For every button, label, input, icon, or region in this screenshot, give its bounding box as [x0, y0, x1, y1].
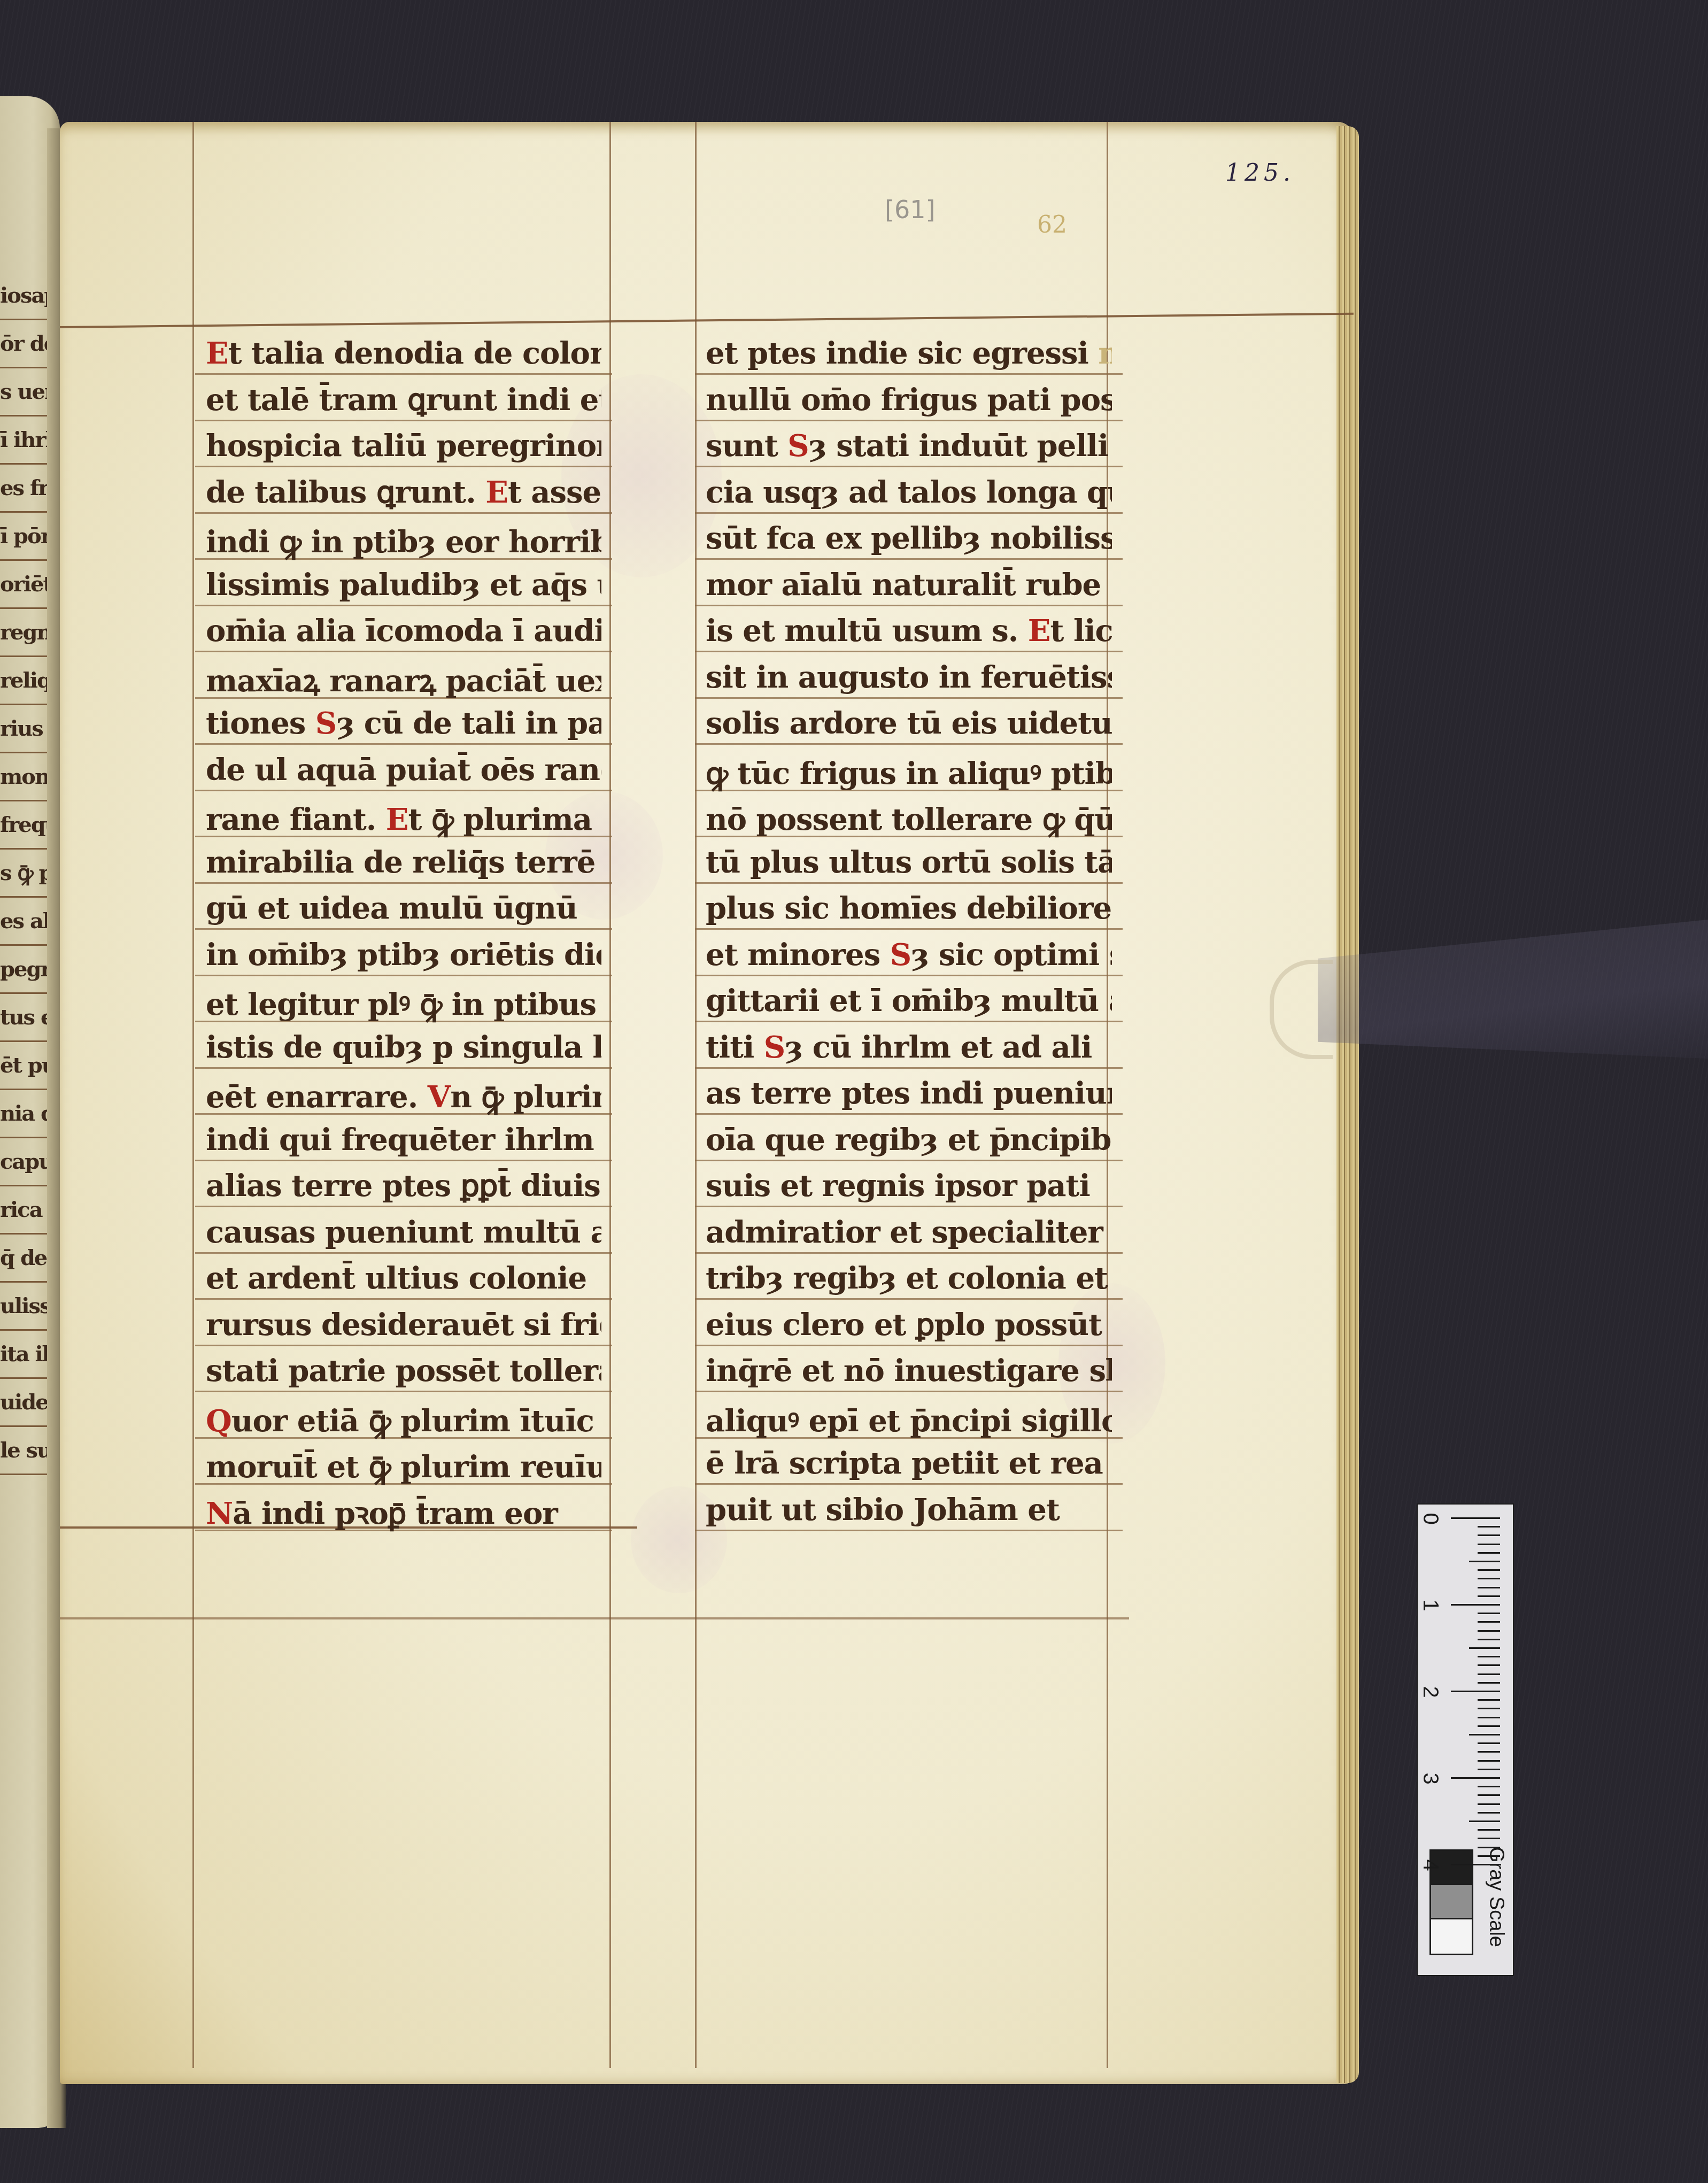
line-ruling [195, 1160, 612, 1161]
line-ruling [195, 651, 612, 652]
line-ruling [695, 882, 1123, 884]
ruler-tick [1478, 1838, 1500, 1839]
ruler-tick [1478, 1569, 1500, 1571]
ruling-vertical [192, 122, 194, 2068]
text-line: nullū om̄o frigus pati pos [706, 382, 1112, 418]
text-line: cia usqȝ ad talos longa que [706, 475, 1112, 510]
ruler-tick [1451, 1517, 1500, 1519]
text-line: solis ardore tū eis uidetur [706, 706, 1112, 741]
ruler-tick [1469, 1821, 1500, 1822]
line-ruling [695, 373, 1123, 375]
line-ruling [195, 1252, 612, 1254]
ruler-tick [1478, 1717, 1500, 1718]
ruler-tick [1478, 1534, 1500, 1536]
text-line: tribȝ regibȝ et colonia et [706, 1261, 1112, 1296]
ruler-tick [1478, 1656, 1500, 1657]
rubricated-letter: S [787, 428, 808, 464]
text-line: om̄ia alia īcomoda ī audiuīs [206, 613, 601, 649]
ruler-number: 4 [1418, 1859, 1442, 1871]
line-ruling [695, 743, 1123, 745]
line-ruling [195, 373, 612, 375]
text-line: moruīt̄ et ꝙ̄ plurim reuīut̄ [206, 1446, 601, 1486]
rubricated-letter: S [764, 1030, 785, 1065]
text-line: Nā indi pꝛoꝑ̄ t̄ram eor [206, 1492, 601, 1533]
ruler-number: 0 [1418, 1513, 1442, 1524]
line-ruling [695, 420, 1123, 421]
ruler-tick [1478, 1742, 1500, 1744]
text-line: eēt enarrare. Vn ꝙ̄ plurim [206, 1076, 601, 1116]
text-line: et minores Sȝ sic optimi sa [706, 937, 1112, 973]
ruler-tick [1478, 1829, 1500, 1831]
ruler-number: 3 [1418, 1772, 1442, 1784]
line-ruling [195, 882, 612, 884]
text-line: mirabilia de reliq̄s terrē re [206, 845, 601, 880]
line-ruling [195, 1206, 612, 1207]
ruler-tick [1451, 1691, 1500, 1692]
line-ruling [695, 1021, 1123, 1022]
line-ruling [195, 743, 612, 745]
text-line: tiones Sȝ cū de tali in palu [206, 706, 601, 741]
ruler-tick [1478, 1552, 1500, 1554]
ruling-bottom-frame [60, 1617, 1129, 1619]
line-ruling [695, 1530, 1123, 1531]
faded-letters: m [1088, 336, 1112, 371]
rubricated-initial: N [206, 1496, 233, 1531]
line-ruling [695, 1391, 1123, 1392]
text-line: alias terre ptes ꝑꝑt̄ diuisas [206, 1168, 601, 1204]
rubricated-letter: E [386, 802, 408, 837]
rubricated-letter: V [428, 1079, 450, 1115]
line-ruling [195, 928, 612, 930]
line-ruling [195, 1298, 612, 1300]
line-ruling [695, 1160, 1123, 1161]
ruler-tick [1478, 1578, 1500, 1579]
text-line: et talē t̄ram ꝗrunt indi et [206, 382, 601, 418]
text-line: maxīaꝝ ranarꝝ paciāt̄ uexa [206, 660, 601, 700]
gray-scale-ruler: Gray Scale 01234 [1417, 1503, 1514, 1976]
text-line: mor aīalū naturalit̄ rube [706, 567, 1112, 603]
line-ruling [695, 697, 1123, 699]
text-line: rursus desiderauēt si frigus [206, 1307, 601, 1343]
line-ruling [195, 790, 612, 791]
line-ruling [195, 975, 612, 976]
ruler-tick [1451, 1777, 1500, 1779]
ruler-tick [1478, 1786, 1500, 1787]
text-line: et legitur plꝰ ꝙ̄ in ptibus [206, 983, 601, 1024]
ruler-tick [1451, 1604, 1500, 1606]
line-ruling [195, 512, 612, 514]
ruler-tick [1478, 1708, 1500, 1709]
text-line: lissimis paludibȝ et aq̄s ult̄ [206, 567, 601, 603]
text-line: sūt fca ex pellibȝ nobilissi [706, 521, 1112, 556]
ruler-number: 2 [1418, 1686, 1442, 1698]
line-ruling [695, 975, 1123, 976]
rubricated-letter: S [315, 706, 336, 741]
text-line: de ul aquā puiat̄ oēs rane [206, 752, 601, 788]
text-line: oīa que regibȝ et p̄ncipibȝ [706, 1122, 1112, 1158]
text-line: et ardent̄ ultius colonie [206, 1261, 601, 1296]
ruler-tick [1478, 1855, 1500, 1857]
ruler-tick [1478, 1595, 1500, 1597]
rubricated-letter: E [1028, 613, 1050, 649]
gray-swatch-mid [1429, 1884, 1473, 1921]
gray-swatch-light [1429, 1918, 1473, 1955]
text-line: puit ut sibio Johām et [706, 1492, 1112, 1528]
ink-foliation: 62 [1037, 211, 1067, 238]
text-line: admiratior et specialiter de [706, 1215, 1112, 1250]
line-ruling [695, 1067, 1123, 1069]
ruler-tick [1478, 1526, 1500, 1528]
ruler-tick [1478, 1587, 1500, 1588]
line-ruling [695, 466, 1123, 467]
line-ruling [195, 1067, 612, 1069]
ruler-tick [1478, 1751, 1500, 1753]
line-ruling [695, 1298, 1123, 1300]
text-line: plus sic homīes debiliores [706, 891, 1112, 926]
folio-number: 125. [1225, 159, 1295, 187]
ruler-tick [1469, 1734, 1500, 1735]
text-line: indi qui frequēter ihrlm et [206, 1122, 601, 1158]
ruler-tick [1478, 1630, 1500, 1632]
line-ruling [195, 605, 612, 606]
line-ruling [195, 1345, 612, 1346]
text-line: titi Sȝ cū ihrlm et ad ali [706, 1030, 1112, 1065]
text-line: tū plus ultus ortū solis tāto [706, 845, 1112, 880]
text-line: et ptes indie sic egressi m [706, 336, 1112, 371]
line-ruling [695, 512, 1123, 514]
text-line: in om̄ibȝ ptibȝ oriētis dicit̄ [206, 937, 601, 973]
line-ruling [695, 1113, 1123, 1115]
ruler-tick [1478, 1673, 1500, 1675]
line-ruling [695, 1252, 1123, 1254]
text-line: as terre ptes indi pueniunt [706, 1076, 1112, 1111]
ruler-tick [1478, 1699, 1500, 1701]
text-line: eius clero et ꝑplo possūt [706, 1307, 1112, 1343]
ruler-tick [1478, 1760, 1500, 1762]
ruling-vertical [695, 122, 697, 2068]
text-line: istis de quibȝ p singula lōgū [206, 1030, 601, 1065]
ruler-tick [1451, 1864, 1500, 1865]
rubricated-initial: Q [206, 1403, 231, 1439]
line-ruling [695, 605, 1123, 606]
text-line: sunt Sȝ stati induūt pelli [706, 428, 1112, 464]
text-line: gū et uidea mulū ūgnū [206, 891, 601, 926]
text-line: suis et regnis ipsor pati [706, 1168, 1112, 1204]
text-line: indi ꝙ in ptibȝ eor horribi [206, 521, 601, 561]
text-line: is et multū usum s. Et licet [706, 613, 1112, 649]
line-ruling [695, 928, 1123, 930]
text-line: ē lrā scripta petiit et rea [706, 1446, 1112, 1481]
line-ruling [695, 1483, 1123, 1485]
text-line: rane fiant. Et ꝙ̄ plurima alia [206, 798, 601, 839]
text-line: sit in augusto in feruētissio [706, 660, 1112, 695]
ruling-vertical [609, 122, 611, 2068]
line-ruling [695, 1345, 1123, 1346]
text-line: gittarii et ī om̄ibȝ multū ar [706, 983, 1112, 1019]
line-ruling [195, 1391, 612, 1392]
text-line: causas pueniunt multū aurie [206, 1215, 601, 1250]
text-line: hospicia taliū peregrinor et [206, 428, 601, 464]
text-line: Quor etiā ꝙ̄ plurim ītuīc [206, 1400, 601, 1440]
ruler-number: 1 [1418, 1599, 1442, 1611]
text-line: Et talia denodia de colonia [206, 336, 601, 371]
ruler-tick [1478, 1803, 1500, 1805]
rubricated-letter: S [890, 937, 911, 973]
line-ruling [695, 558, 1123, 560]
text-line: nō possent tollerare ꝙ q̄ū [706, 798, 1112, 839]
ruler-tick [1478, 1682, 1500, 1684]
text-line: aliquꝰ epī et p̄ncipi sigillo [706, 1400, 1112, 1440]
ruler-tick [1478, 1725, 1500, 1727]
text-line: ꝙ tūc frigus in aliquꝰ ptibȝ [706, 752, 1112, 793]
ruler-tick [1478, 1639, 1500, 1640]
leaf-fore-edge [1336, 126, 1359, 2083]
ruler-tick [1478, 1544, 1500, 1545]
text-line: stati patrie possēt tollerarē [206, 1353, 601, 1389]
ruler-tick [1478, 1794, 1500, 1796]
rubricated-initial: E [206, 336, 228, 371]
ruler-tick [1478, 1769, 1500, 1770]
rubricated-letter: E [485, 475, 508, 510]
text-line: de talibus ꝗrunt. Et asserūt [206, 475, 601, 510]
line-ruling [195, 420, 612, 421]
ruler-tick [1478, 1664, 1500, 1666]
line-ruling [695, 651, 1123, 652]
line-ruling [195, 466, 612, 467]
ruler-tick [1478, 1613, 1500, 1614]
ruler-tick [1478, 1847, 1500, 1848]
ruler-tick [1478, 1621, 1500, 1623]
ruler-tick [1469, 1561, 1500, 1562]
text-line: inq̄rē et nō inuestigare sb [706, 1353, 1112, 1389]
ruler-tick [1478, 1812, 1500, 1814]
line-ruling [695, 1206, 1123, 1207]
pencil-foliation: [61] [885, 195, 935, 224]
ruler-tick [1469, 1647, 1500, 1649]
